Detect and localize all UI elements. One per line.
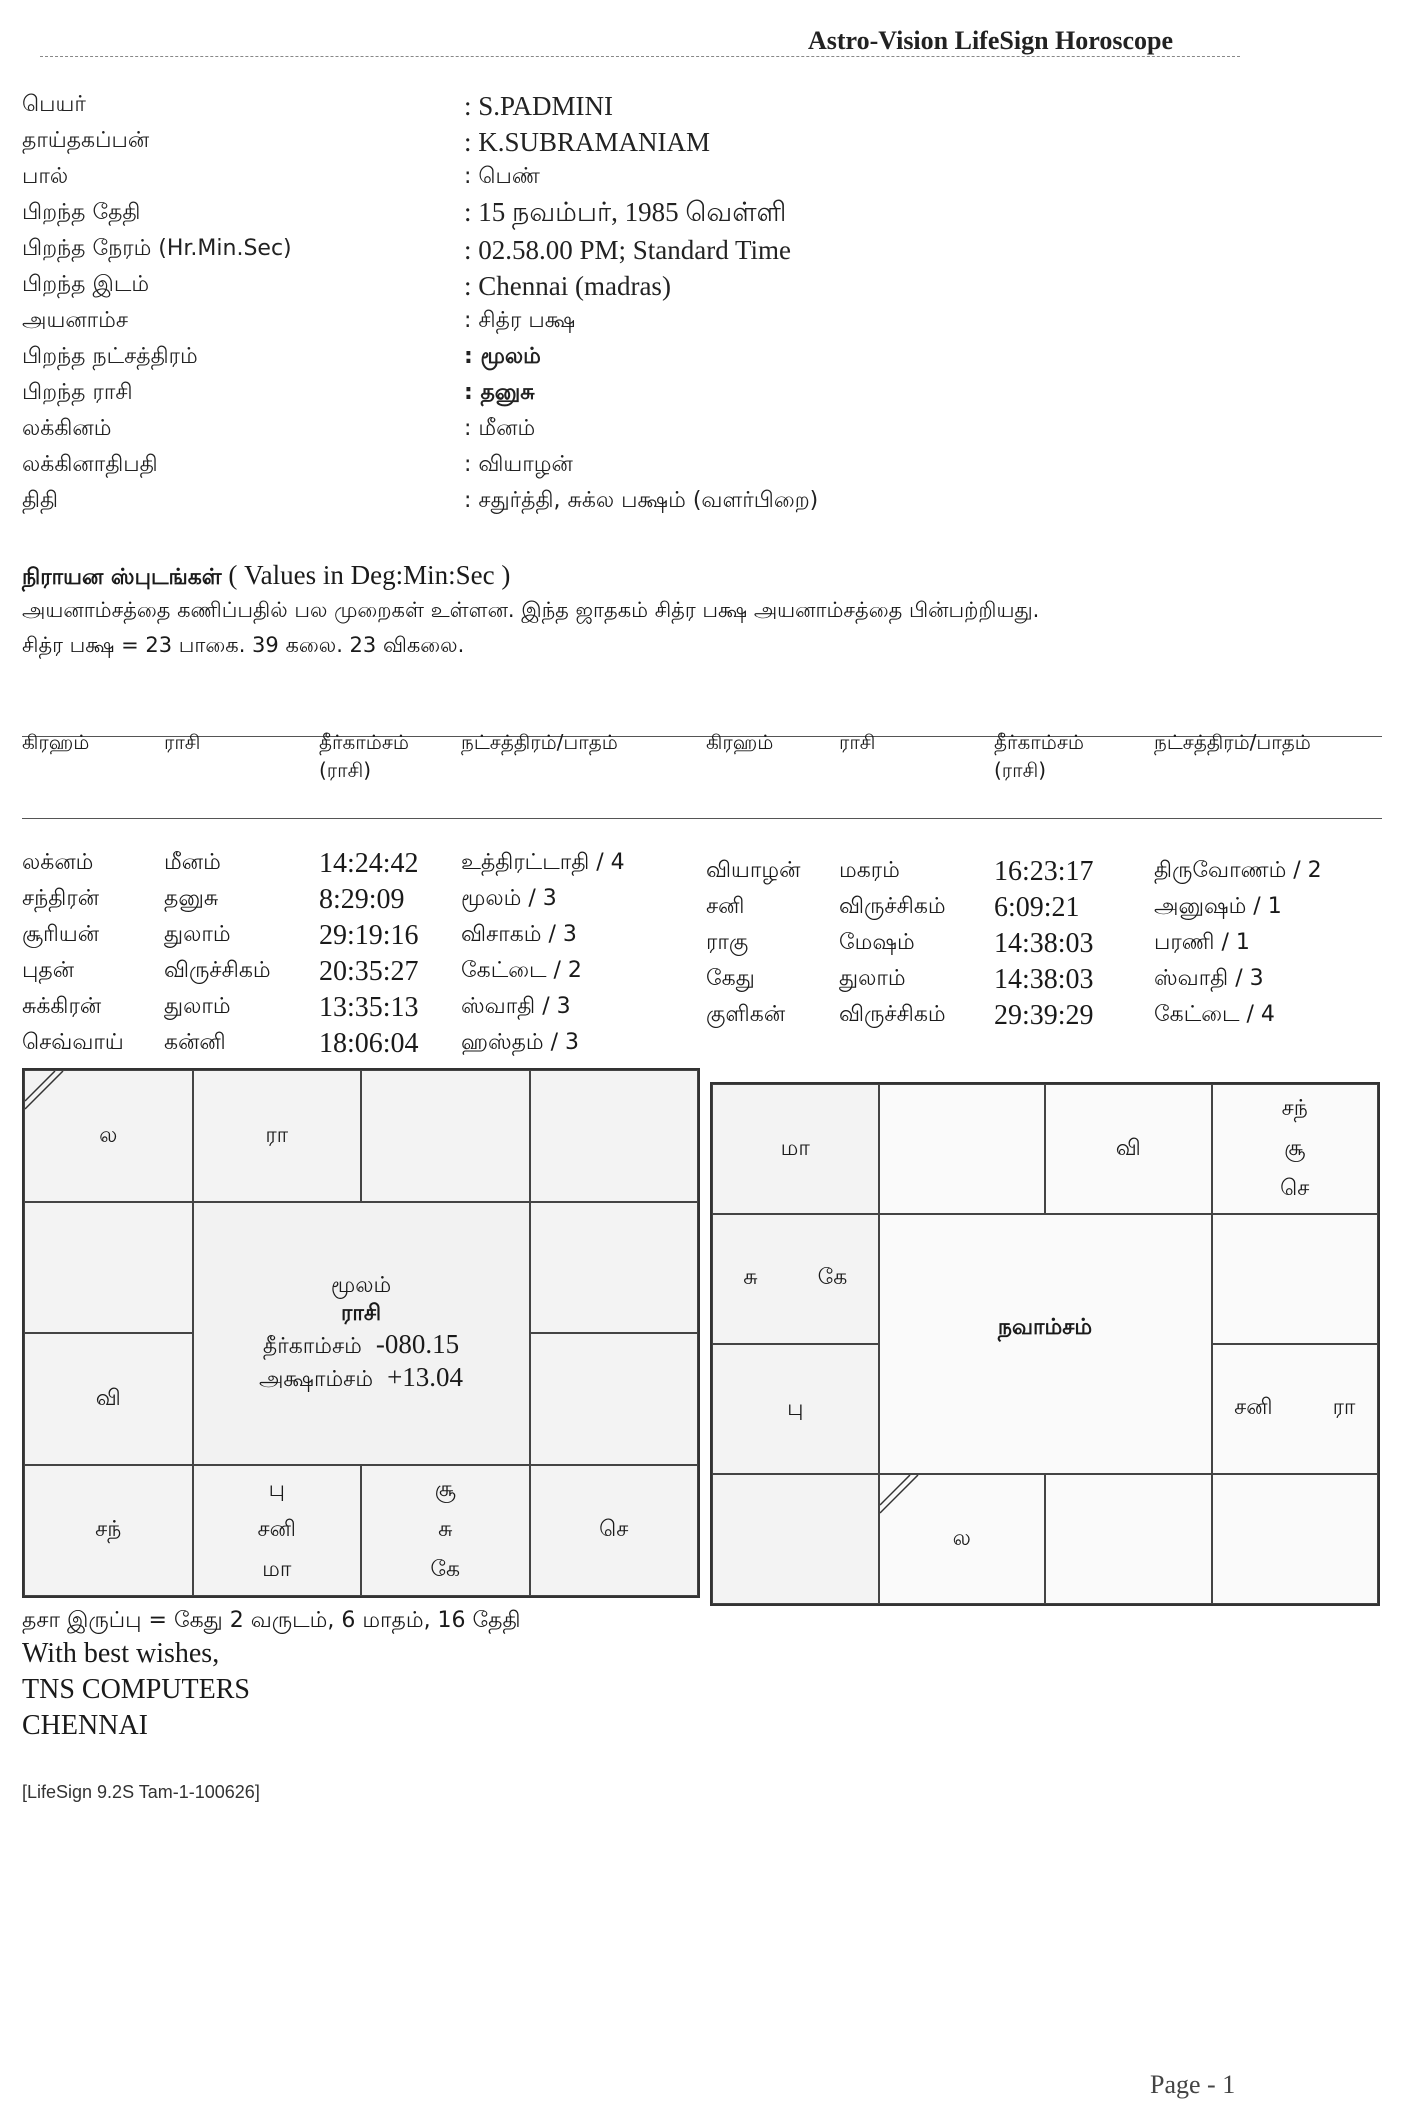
detail-label: லக்கினம் <box>22 416 464 444</box>
house-kanni <box>1212 1474 1379 1604</box>
software-version: [LifeSign 9.2S Tam-1-100626] <box>22 1782 521 1803</box>
house-meenam: ல <box>24 1070 193 1202</box>
detail-row: பிறந்த ராசி: தனுசு <box>22 376 1362 412</box>
house-mithunam: சந்சூசெ <box>1212 1084 1379 1214</box>
detail-value: : சித்ர பக்ஷ <box>464 308 575 336</box>
detail-label: அயனாம்ச <box>22 308 464 336</box>
cell-graha: புதன் <box>22 958 164 986</box>
cell-rasi: விருச்சிகம் <box>164 958 319 986</box>
planet-positions-table: கிரஹம் ராசி தீர்காம்சம்(ராசி) நட்சத்திரம… <box>22 728 1392 1062</box>
table-row: சூரியன்துலாம்29:19:16விசாகம் / 3 <box>22 918 706 954</box>
birth-details: பெயர்: S.PADMINIதாய்தகப்பன்: K.SUBRAMANI… <box>22 88 1362 520</box>
detail-label: பிறந்த ராசி <box>22 380 464 408</box>
cell-rasi: துலாம் <box>164 994 319 1022</box>
house-thulam <box>1045 1474 1212 1604</box>
cell-graha: சந்திரன் <box>22 886 164 914</box>
detail-row: திதி: சதுர்த்தி, சுக்ல பக்ஷம் (வளர்பிறை) <box>22 484 1362 520</box>
detail-row: பிறந்த நேரம் (Hr.Min.Sec): 02.58.00 PM; … <box>22 232 1362 268</box>
house-viruchigam: புசனிமா <box>193 1465 362 1597</box>
header-longitude: தீர்காம்சம்(ராசி) <box>319 728 461 808</box>
table-row: வியாழன்மகரம்16:23:17திருவோணம் / 2 <box>706 854 1390 890</box>
planet-label: மா <box>262 1550 291 1590</box>
cell-rasi: துலாம் <box>839 966 994 994</box>
lagna-marker-icon <box>25 1071 69 1115</box>
cell-graha: செவ்வாய் <box>22 1030 164 1058</box>
cell-deg: 14:24:42 <box>319 848 461 880</box>
detail-label: தாய்தகப்பன் <box>22 128 464 156</box>
chart-center: மூலம்ராசிதீர்காம்சம் -080.15அக்ஷாம்சம் +… <box>193 1202 530 1465</box>
house-kanni: செ <box>530 1465 699 1597</box>
planet-label: கே <box>818 1265 848 1293</box>
house-mithunam <box>530 1070 699 1202</box>
planet-label: சனி <box>1234 1395 1273 1423</box>
chart-longitude: தீர்காம்சம் -080.15 <box>263 1329 459 1362</box>
cell-nak: கேட்டை / 2 <box>461 958 706 986</box>
report-title: Astro-Vision LifeSign Horoscope <box>808 26 1173 56</box>
house-simmam <box>530 1333 699 1465</box>
planet-label: ரா <box>265 1116 288 1156</box>
header-divider <box>40 56 1240 57</box>
cell-graha: கேது <box>706 966 839 994</box>
detail-value: : 02.58.00 PM; Standard Time <box>464 235 791 266</box>
detail-row: அயனாம்ச: சித்ர பக்ஷ <box>22 304 1362 340</box>
chart-star: மூலம் <box>331 1273 391 1301</box>
ayanamsa-note: அயனாம்சத்தை கணிப்பதில் பல முறைகள் உள்ளன.… <box>22 595 1302 625</box>
detail-row: தாய்தகப்பன்: K.SUBRAMANIAM <box>22 124 1362 160</box>
chart-center: நவாம்சம் <box>879 1214 1212 1474</box>
detail-row: பிறந்த தேதி: 15 நவம்பர், 1985 வெள்ளி <box>22 196 1362 232</box>
planet-label: சு <box>743 1265 757 1293</box>
cell-rasi: தனுசு <box>164 886 319 914</box>
cell-deg: 20:35:27 <box>319 956 461 988</box>
detail-label: பிறந்த நட்சத்திரம் <box>22 344 464 372</box>
detail-row: லக்கினாதிபதி: வியாழன் <box>22 448 1362 484</box>
cell-rasi: மீனம் <box>164 850 319 878</box>
cell-rasi: விருச்சிகம் <box>839 1002 994 1030</box>
dasa-balance: தசா இருப்பு = கேது 2 வருடம், 6 மாதம், 16… <box>22 1608 521 1636</box>
planet-label: ல <box>953 1519 971 1559</box>
chart-name: ராசி <box>341 1301 381 1329</box>
detail-value: : பெண் <box>464 164 540 192</box>
ayanamsa-value: சித்ர பக்ஷ = 23 பாகை. 39 கலை. 23 விகலை. <box>22 633 1302 660</box>
table-row: புதன்விருச்சிகம்20:35:27கேட்டை / 2 <box>22 954 706 990</box>
detail-label: பால் <box>22 164 464 192</box>
chart-latitude: அக்ஷாம்சம் +13.04 <box>259 1362 463 1395</box>
cell-deg: 29:39:29 <box>994 1000 1154 1032</box>
cell-nak: விசாகம் / 3 <box>461 922 706 950</box>
header-rasi: ராசி <box>164 728 319 808</box>
detail-row: பால்: பெண் <box>22 160 1362 196</box>
planet-label: செ <box>599 1510 628 1550</box>
header-graha: கிரஹம் <box>22 728 164 808</box>
detail-label: லக்கினாதிபதி <box>22 452 464 480</box>
cell-deg: 29:19:16 <box>319 920 461 952</box>
planet-label: ல <box>99 1116 117 1156</box>
planet-table-left: லக்னம்மீனம்14:24:42உத்திரட்டாதி / 4சந்தி… <box>22 846 706 1062</box>
house-meenam: மா <box>712 1084 879 1214</box>
detail-value: : K.SUBRAMANIAM <box>464 127 710 158</box>
cell-deg: 14:38:03 <box>994 928 1154 960</box>
chart-name: நவாம்சம் <box>998 1315 1092 1343</box>
planet-label: கே <box>430 1550 460 1590</box>
report-footer: தசா இருப்பு = கேது 2 வருடம், 6 மாதம், 16… <box>22 1608 521 1803</box>
planet-label: வி <box>1116 1129 1141 1169</box>
greeting: With best wishes, <box>22 1636 521 1672</box>
sputam-section: நிராயன ஸ்புடங்கள் ( Values in Deg:Min:Se… <box>22 560 1302 660</box>
cell-nak: அனுஷம் / 1 <box>1154 894 1384 922</box>
detail-row: பிறந்த நட்சத்திரம்: மூலம் <box>22 340 1362 376</box>
cell-graha: லக்னம் <box>22 850 164 878</box>
cell-nak: ஸ்வாதி / 3 <box>461 994 706 1022</box>
cell-graha: சூரியன் <box>22 922 164 950</box>
planet-label: சூ <box>435 1470 456 1510</box>
cell-nak: உத்திரட்டாதி / 4 <box>461 850 706 878</box>
planet-label: செ <box>1280 1169 1309 1209</box>
header-nakshatra: நட்சத்திரம்/பாதம் <box>461 728 706 808</box>
detail-value: : வியாழன் <box>464 452 573 480</box>
house-kumbam: சுகே <box>712 1214 879 1344</box>
header-graha-2: கிரஹம் <box>706 728 839 808</box>
cell-graha: சனி <box>706 894 839 922</box>
cell-deg: 13:35:13 <box>319 992 461 1024</box>
cell-rasi: விருச்சிகம் <box>839 894 994 922</box>
table-row: சனிவிருச்சிகம்6:09:21அனுஷம் / 1 <box>706 890 1390 926</box>
cell-graha: வியாழன் <box>706 858 839 886</box>
cell-nak: பரணி / 1 <box>1154 930 1384 958</box>
cell-deg: 6:09:21 <box>994 892 1154 924</box>
detail-label: திதி <box>22 488 464 516</box>
house-simmam: சனிரா <box>1212 1344 1379 1474</box>
cell-graha: ராகு <box>706 930 839 958</box>
table-row: சுக்கிரன்துலாம்13:35:13ஸ்வாதி / 3 <box>22 990 706 1026</box>
company-city: CHENNAI <box>22 1708 521 1744</box>
house-mesham: ரா <box>193 1070 362 1202</box>
header-nakshatra-2: நட்சத்திரம்/பாதம் <box>1154 728 1384 808</box>
detail-value: : மீனம் <box>464 416 535 444</box>
cell-deg: 16:23:17 <box>994 856 1154 888</box>
cell-rasi: துலாம் <box>164 922 319 950</box>
detail-value: : Chennai (madras) <box>464 271 671 302</box>
detail-row: பிறந்த இடம்: Chennai (madras) <box>22 268 1362 304</box>
planet-table-header: கிரஹம் ராசி தீர்காம்சம்(ராசி) நட்சத்திரம… <box>22 728 1392 808</box>
house-kadagam <box>530 1202 699 1334</box>
cell-graha: சுக்கிரன் <box>22 994 164 1022</box>
cell-rasi: மேஷம் <box>839 930 994 958</box>
planet-label: சந் <box>95 1510 121 1550</box>
cell-nak: கேட்டை / 4 <box>1154 1002 1384 1030</box>
house-viruchigam: ல <box>879 1474 1046 1604</box>
cell-nak: ஹஸ்தம் / 3 <box>461 1030 706 1058</box>
detail-row: பெயர்: S.PADMINI <box>22 88 1362 124</box>
lagna-marker-icon <box>880 1475 924 1519</box>
table-row: செவ்வாய்கன்னி18:06:04ஹஸ்தம் / 3 <box>22 1026 706 1062</box>
house-makaram: பு <box>712 1344 879 1474</box>
table-row: சந்திரன்தனுசு8:29:09மூலம் / 3 <box>22 882 706 918</box>
planet-label: சனி <box>258 1510 297 1550</box>
cell-rasi: கன்னி <box>164 1030 319 1058</box>
detail-value: : 15 நவம்பர், 1985 வெள்ளி <box>464 197 786 232</box>
detail-value: : தனுசு <box>464 380 535 408</box>
planet-label: சந் <box>1282 1089 1308 1129</box>
detail-row: லக்கினம்: மீனம் <box>22 412 1362 448</box>
house-kadagam <box>1212 1214 1379 1344</box>
house-mesham <box>879 1084 1046 1214</box>
company-name: TNS COMPUTERS <box>22 1672 521 1708</box>
rasi-chart: லராவிசந்புசனிமாசூசுகேசெமூலம்ராசிதீர்காம்… <box>22 1068 700 1598</box>
table-row: ராகுமேஷம்14:38:03பரணி / 1 <box>706 926 1390 962</box>
detail-value: : மூலம் <box>464 344 541 372</box>
cell-deg: 18:06:04 <box>319 1028 461 1060</box>
cell-deg: 14:38:03 <box>994 964 1154 996</box>
house-rishabam: வி <box>1045 1084 1212 1214</box>
planet-label: மா <box>781 1129 810 1169</box>
detail-value: : S.PADMINI <box>464 91 613 122</box>
planet-label: சூ <box>1284 1129 1305 1169</box>
planet-label: பு <box>269 1470 285 1510</box>
cell-nak: திருவோணம் / 2 <box>1154 858 1384 886</box>
planet-label: பு <box>787 1389 803 1429</box>
navamsa-chart: மாவிசந்சூசெசுகேபுசனிராலநவாம்சம் <box>710 1082 1380 1606</box>
planet-label: வி <box>96 1379 121 1419</box>
detail-value: : சதுர்த்தி, சுக்ல பக்ஷம் (வளர்பிறை) <box>464 488 818 516</box>
sputam-title: நிராயன ஸ்புடங்கள் ( Values in Deg:Min:Se… <box>22 560 1302 593</box>
planet-label: சு <box>438 1510 452 1550</box>
house-thulam: சூசுகே <box>361 1465 530 1597</box>
detail-label: பிறந்த இடம் <box>22 272 464 300</box>
cell-nak: மூலம் / 3 <box>461 886 706 914</box>
detail-label: பிறந்த தேதி <box>22 200 464 228</box>
cell-graha: குளிகன் <box>706 1002 839 1030</box>
header-longitude-2: தீர்காம்சம்(ராசி) <box>994 728 1154 808</box>
house-rishabam <box>361 1070 530 1202</box>
cell-deg: 8:29:09 <box>319 884 461 916</box>
house-dhanusu <box>712 1474 879 1604</box>
house-makaram: வி <box>24 1333 193 1465</box>
cell-rasi: மகரம் <box>839 858 994 886</box>
detail-label: பிறந்த நேரம் (Hr.Min.Sec) <box>22 236 464 264</box>
header-rasi-2: ராசி <box>839 728 994 808</box>
page-number: Page - 1 <box>1150 2070 1235 2100</box>
cell-nak: ஸ்வாதி / 3 <box>1154 966 1384 994</box>
planet-table-right: வியாழன்மகரம்16:23:17திருவோணம் / 2சனிவிரு… <box>706 854 1390 1062</box>
house-kumbam <box>24 1202 193 1334</box>
table-row: லக்னம்மீனம்14:24:42உத்திரட்டாதி / 4 <box>22 846 706 882</box>
planet-label: ரா <box>1333 1395 1356 1423</box>
detail-label: பெயர் <box>22 92 464 120</box>
house-dhanusu: சந் <box>24 1465 193 1597</box>
table-row: கேதுதுலாம்14:38:03ஸ்வாதி / 3 <box>706 962 1390 998</box>
table-row: குளிகன்விருச்சிகம்29:39:29கேட்டை / 4 <box>706 998 1390 1034</box>
